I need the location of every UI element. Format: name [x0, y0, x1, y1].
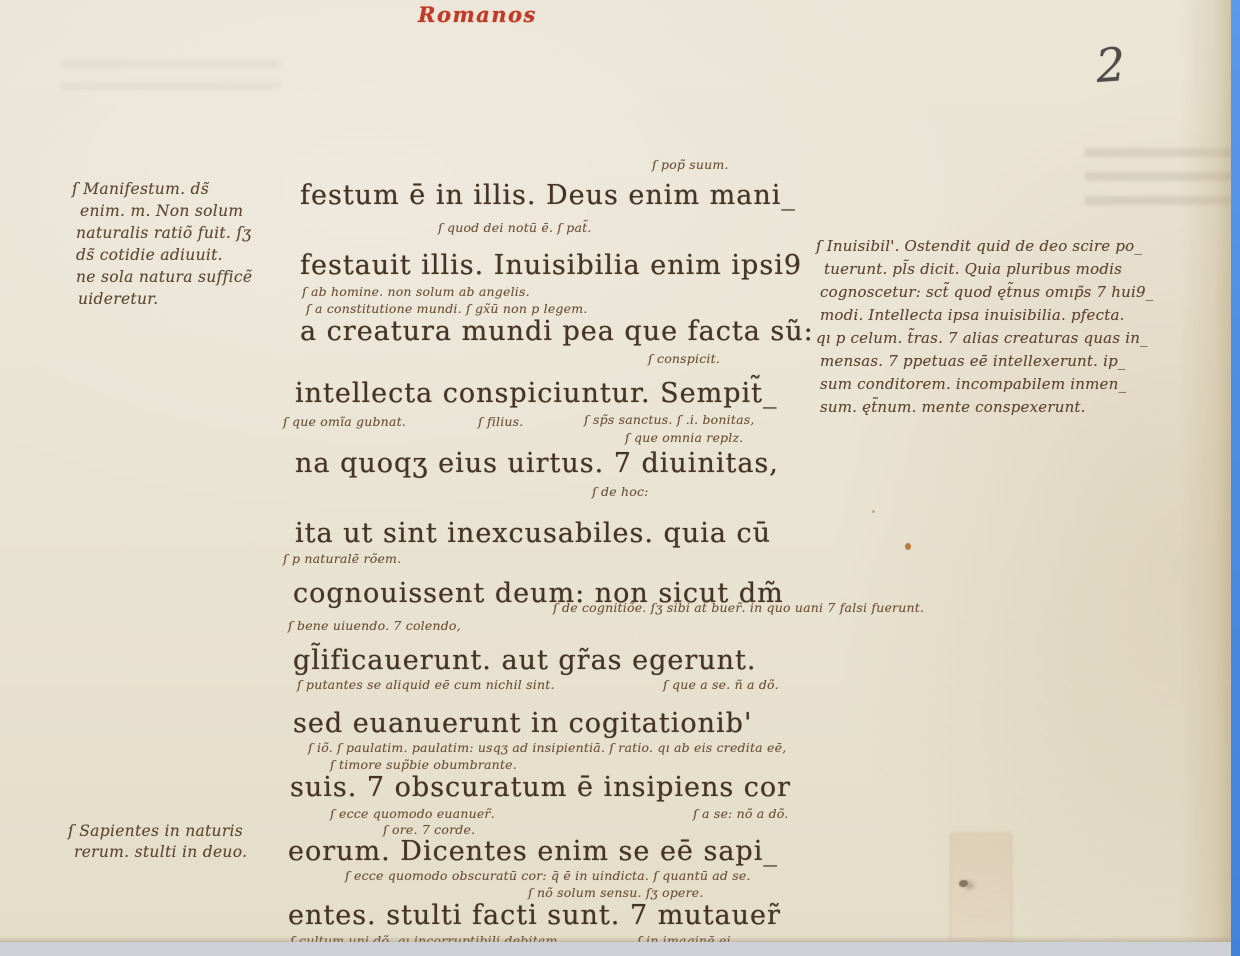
- scan-background-right-edge: [1231, 0, 1240, 956]
- interlinear-gloss-sps-sanctus: ſ sp̃s sanctus. ſ .i. bonitas,: [584, 412, 755, 427]
- right-margin-gloss-line-1: ſ Inuisibil'. Ostendit quid de deo scire…: [816, 237, 1142, 255]
- left-margin-gloss2-line-1: ſ Sapientes in naturis: [68, 822, 243, 840]
- ink-bleed-through-top-left: [60, 60, 280, 100]
- interlinear-gloss-ecce-quomodo-euanuerunt: ſ ecce quomodo euanuer̃.: [330, 806, 495, 821]
- interlinear-gloss-paulatim: ſ iõ. ſ paulatim. paulatim: usqʒ ad insi…: [308, 740, 786, 755]
- scan-background-bottom-bar: [0, 942, 1240, 956]
- left-margin-gloss-line-4: ds̃ cotidie adiuuit.: [76, 246, 223, 264]
- interlinear-gloss-ecce-quomodo-obscuratum: ſ ecce quomodo obscuratū cor: q̄ ē in ui…: [345, 868, 751, 883]
- left-margin-gloss2-line-2: rerum. stulti in deuo.: [74, 843, 247, 861]
- main-line-9: sed euanuerunt in cogitationib': [293, 708, 752, 739]
- right-margin-gloss-line-2: tuerunt. pl̃s dicit. Quia pluribus modis: [824, 260, 1122, 278]
- interlinear-gloss-de-cognitione: ſ de cognitiõe. ſʒ sibi at̃ buer̃. in qu…: [553, 600, 924, 615]
- main-line-12: entes. stulti facti sunt. 7 mutauer̃: [288, 900, 781, 931]
- main-line-4: intellecta conspiciuntur. Sempit̃_: [295, 378, 778, 409]
- interlinear-gloss-timore-superbie: ſ timore sup̃bie obumbrante.: [330, 757, 517, 772]
- rust-spot: [905, 543, 911, 550]
- interlinear-gloss-ab-homine: ſ ab homine. non solum ab angelis.: [302, 284, 530, 299]
- interlinear-gloss-que-omnia-gubernat: ſ que omĩa gubnat.: [283, 414, 406, 429]
- main-line-3: a creatura mundi pea que facta sũ:: [300, 316, 814, 347]
- page-edge-shadow-right: [1179, 0, 1231, 942]
- interlinear-gloss-non-solum-sensu: ſ nõ solum sensu. ſʒ opere.: [528, 885, 704, 900]
- left-margin-gloss-line-3: naturalis ratiõ fuit. ſʒ: [76, 224, 251, 242]
- interlinear-gloss-quod-dei: ſ quod dei notū ē. ſ pat̃.: [438, 220, 592, 235]
- right-margin-gloss-line-7: sum conditorem. incompabilem inmen_: [820, 375, 1126, 393]
- interlinear-gloss-putantes: ſ putantes se aliquid eē cum nichil sint…: [297, 677, 555, 692]
- interlinear-gloss-naturalem-rationem: ſ p naturalē rõem.: [283, 551, 401, 566]
- interlinear-gloss-conspicit: ſ conspicit.: [648, 351, 720, 366]
- main-line-8: gl̃ificauerunt. aut gr̃as egerunt.: [293, 645, 756, 676]
- interlinear-gloss-pop-suum: ſ pop̃ suum.: [652, 157, 729, 172]
- left-margin-gloss-line-5: ne sola natura sufficẽ: [76, 268, 252, 286]
- right-margin-gloss-line-5: qı p celum. t̃ras. 7 alias creaturas qua…: [816, 329, 1148, 347]
- parchment-repair-patch: [950, 832, 1012, 944]
- left-margin-gloss-line-2: enim. m. Non solum: [80, 202, 243, 220]
- left-margin-gloss-line-1: ſ Manifestum. ds̃: [72, 180, 209, 198]
- interlinear-gloss-a-se-non-a-deo: ſ a se: nõ a dõ.: [693, 806, 788, 821]
- main-line-6: ita ut sint inexcusabiles. quia cū: [295, 518, 771, 549]
- right-margin-gloss-line-3: cognoscetur: sct̃ quod ęt̃nus omıp̃s 7 h…: [820, 283, 1153, 301]
- main-line-5: na quoqʒ eius uirtus. 7 diuinitas,: [295, 448, 779, 479]
- main-line-2: festauit illis. Inuisibilia enim ipsi9: [300, 250, 802, 281]
- running-title-romanos: Romanos: [418, 2, 598, 27]
- main-line-11: eorum. Dicentes enim se eē sapi_: [288, 836, 778, 867]
- interlinear-gloss-bene-uiuendo: ſ bene uiuendo. 7 colendo,: [288, 618, 461, 633]
- left-margin-gloss-line-6: uideretur.: [78, 290, 158, 308]
- rust-spot-small: [872, 510, 875, 513]
- interlinear-gloss-de-hoc: ſ de hoc:: [592, 484, 649, 499]
- interlinear-gloss-constitutione: ſ a constitutione mundi. ſ gx̃ū non p le…: [306, 301, 587, 316]
- main-line-10: suis. 7 obscuratum ē insipiens cor: [290, 772, 791, 803]
- right-margin-gloss-line-8: sum. ęt̃num. mente conspexerunt.: [820, 398, 1086, 416]
- interlinear-gloss-que-a-se: ſ que a se. ñ a dõ.: [663, 677, 779, 692]
- main-line-1: festum ē in illis. Deus enim mani_: [300, 180, 796, 211]
- folio-number: 2: [1094, 37, 1127, 93]
- interlinear-gloss-filius: ſ filius.: [478, 414, 523, 429]
- interlinear-gloss-que-omnia-replet: ſ que omnia replz.: [625, 430, 743, 445]
- parchment-page: Romanos 2 festum ē in illis. Deus enim m…: [0, 0, 1231, 942]
- right-margin-gloss-line-6: mensas. 7 ppetuas eē intellexerunt. ip_: [820, 352, 1126, 370]
- manuscript-scan: Romanos 2 festum ē in illis. Deus enim m…: [0, 0, 1240, 956]
- right-margin-gloss-line-4: modi. Intellecta ipsa inuisibilia. pfect…: [820, 306, 1125, 324]
- interlinear-gloss-ore-et-corde: ſ ore. 7 corde.: [383, 822, 475, 837]
